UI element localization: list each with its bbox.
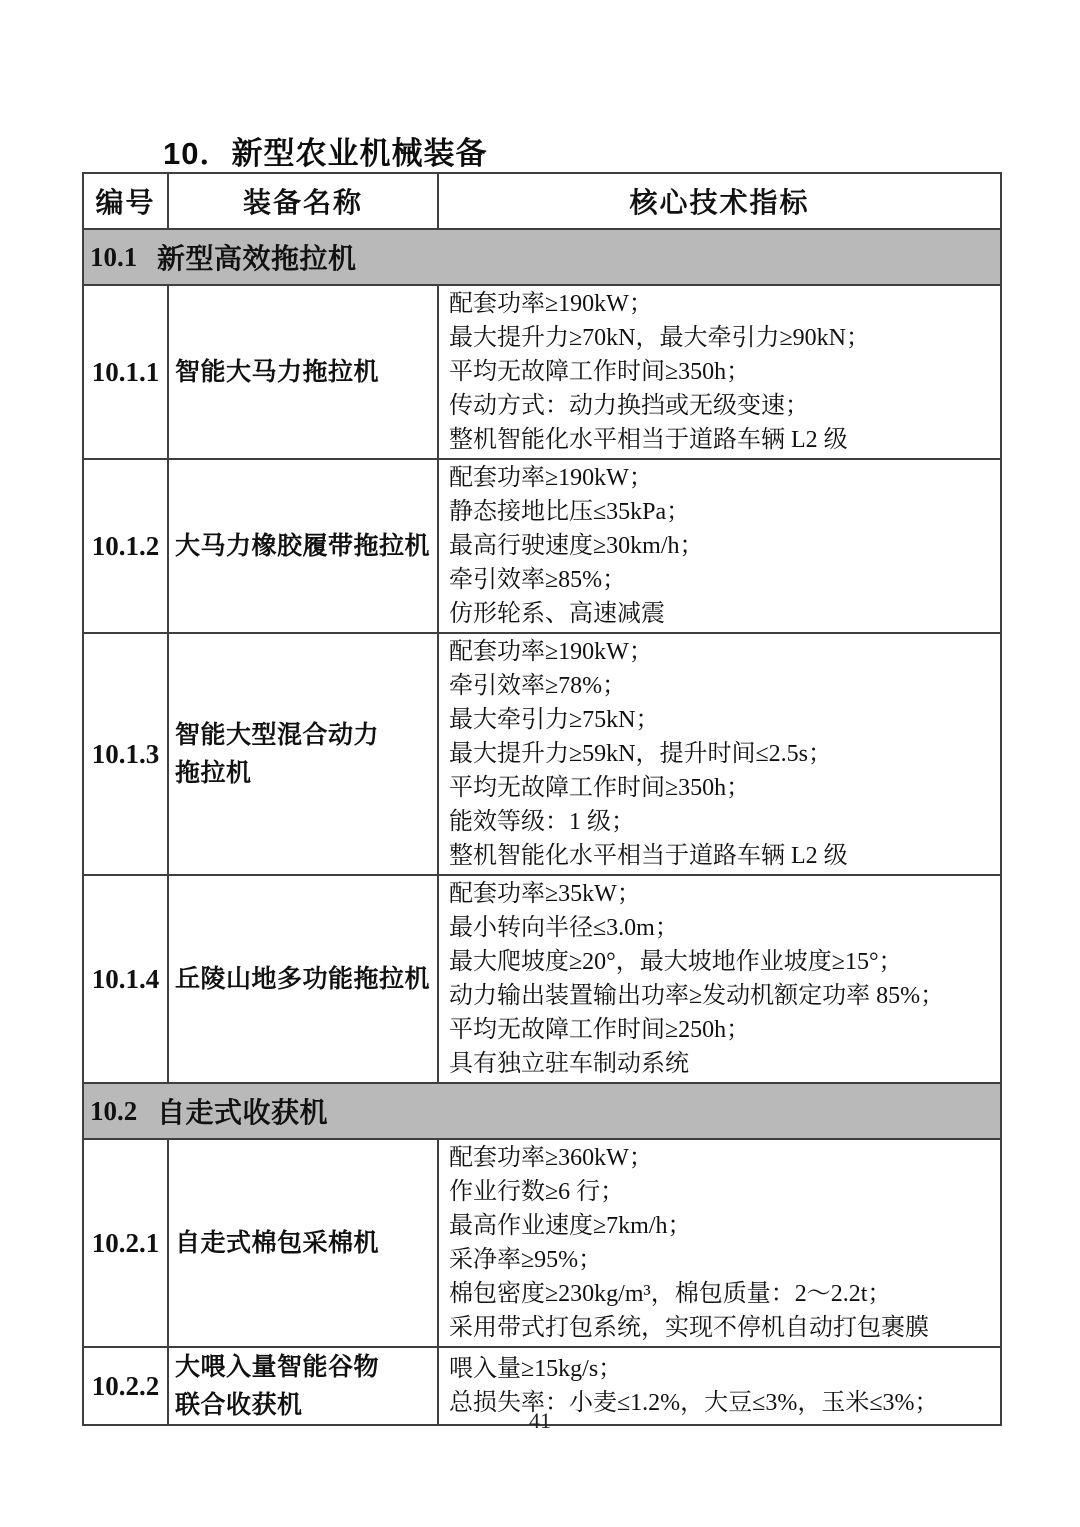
column-header-name: 装备名称 bbox=[168, 173, 438, 229]
table-row-10-1-3: 10.1.3 智能大型混合动力 拖拉机 配套功率≥190kW； 牵引效率≥78%… bbox=[83, 633, 1001, 875]
equipment-name: 大马力橡胶履带拖拉机 bbox=[168, 459, 438, 633]
row-code: 10.1.4 bbox=[83, 875, 168, 1083]
column-header-code: 编号 bbox=[83, 173, 168, 229]
tech-specs: 配套功率≥190kW； 静态接地比压≤35kPa； 最高行驶速度≥30km/h；… bbox=[438, 459, 1001, 633]
row-code: 10.2.1 bbox=[83, 1139, 168, 1347]
row-code: 10.1.2 bbox=[83, 459, 168, 633]
section-label: 新型高效拖拉机 bbox=[157, 237, 357, 277]
section-code: 10.2 bbox=[90, 1096, 157, 1127]
table-row-10-1-4: 10.1.4 丘陵山地多功能拖拉机 配套功率≥35kW； 最小转向半径≤3.0m… bbox=[83, 875, 1001, 1083]
equipment-spec-table: 编号 装备名称 核心技术指标 10.1新型高效拖拉机 10.1.1 智能大马力拖… bbox=[82, 172, 1002, 1426]
section-cell: 10.2自走式收获机 bbox=[83, 1083, 1001, 1139]
page-title: 10．新型农业机械装备 bbox=[163, 128, 487, 173]
tech-specs: 配套功率≥190kW； 牵引效率≥78%； 最大牵引力≥75kN； 最大提升力≥… bbox=[438, 633, 1001, 875]
equipment-name: 智能大型混合动力 拖拉机 bbox=[168, 633, 438, 875]
table-row-10-2-1: 10.2.1 自走式棉包采棉机 配套功率≥360kW； 作业行数≥6 行； 最高… bbox=[83, 1139, 1001, 1347]
table-row-10-1-2: 10.1.2 大马力橡胶履带拖拉机 配套功率≥190kW； 静态接地比压≤35k… bbox=[83, 459, 1001, 633]
row-code: 10.1.3 bbox=[83, 633, 168, 875]
section-code: 10.1 bbox=[90, 242, 157, 273]
section-label: 自走式收获机 bbox=[157, 1091, 328, 1131]
column-header-specs: 核心技术指标 bbox=[438, 173, 1001, 229]
equipment-name: 自走式棉包采棉机 bbox=[168, 1139, 438, 1347]
document-page: { "page": { "title": "10．新型农业机械装备", "pag… bbox=[0, 0, 1080, 1527]
row-code: 10.1.1 bbox=[83, 285, 168, 459]
table-row-10-1-1: 10.1.1 智能大马力拖拉机 配套功率≥190kW； 最大提升力≥70kN，最… bbox=[83, 285, 1001, 459]
page-number: 41 bbox=[0, 1408, 1080, 1434]
tech-specs: 配套功率≥190kW； 最大提升力≥70kN，最大牵引力≥90kN； 平均无故障… bbox=[438, 285, 1001, 459]
section-cell: 10.1新型高效拖拉机 bbox=[83, 229, 1001, 285]
section-row-10-2: 10.2自走式收获机 bbox=[83, 1083, 1001, 1139]
table-header-row: 编号 装备名称 核心技术指标 bbox=[83, 173, 1001, 229]
tech-specs: 配套功率≥360kW； 作业行数≥6 行； 最高作业速度≥7km/h； 采净率≥… bbox=[438, 1139, 1001, 1347]
equipment-name: 丘陵山地多功能拖拉机 bbox=[168, 875, 438, 1083]
tech-specs: 配套功率≥35kW； 最小转向半径≤3.0m； 最大爬坡度≥20°，最大坡地作业… bbox=[438, 875, 1001, 1083]
section-row-10-1: 10.1新型高效拖拉机 bbox=[83, 229, 1001, 285]
equipment-name: 智能大马力拖拉机 bbox=[168, 285, 438, 459]
